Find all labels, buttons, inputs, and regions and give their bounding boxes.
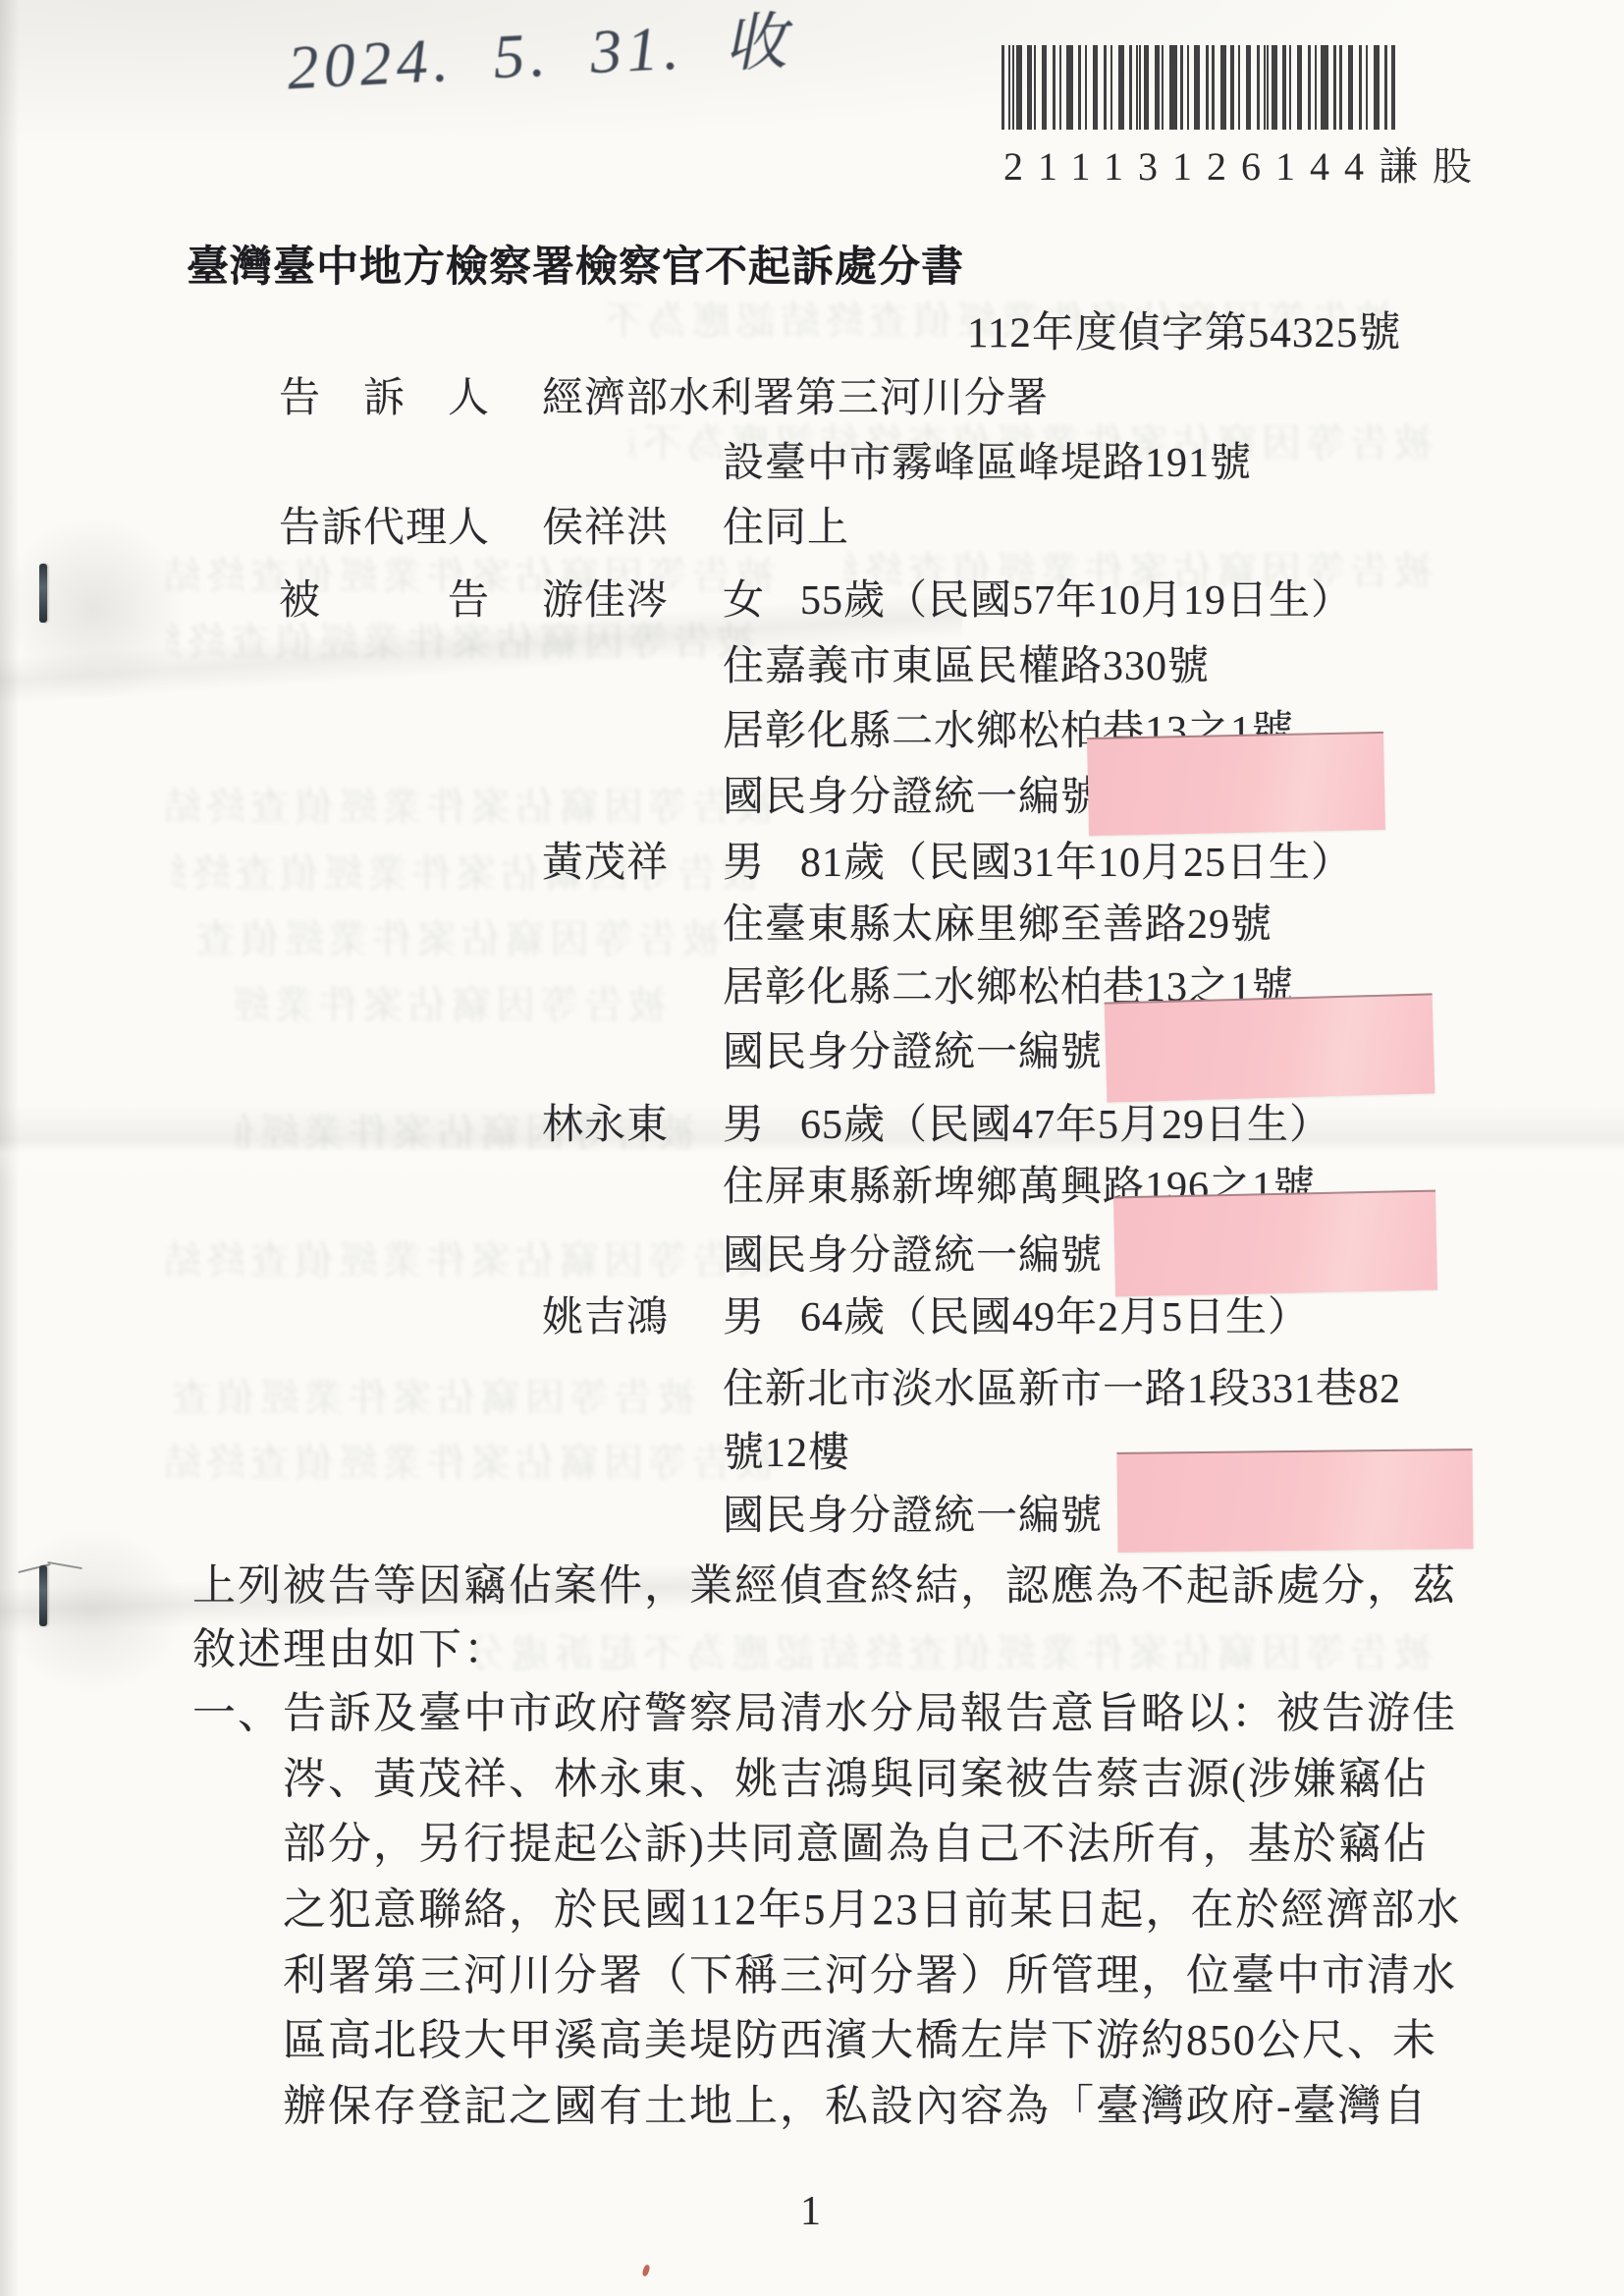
agent-residence: 住同上 (723, 495, 849, 554)
case-number: 112年度偵字第54325號 (967, 300, 1401, 359)
redaction-sticker-id-1 (1087, 732, 1385, 836)
bleed-through-text: 被告等因竊佔案件業經偵查終結認應為不起訴處分臺中市政府警察局清水分局報告意旨略以… (172, 843, 761, 894)
body-intro-line-2: 敘述理由如下： (192, 1613, 509, 1676)
defendant-2-gender: 男 (723, 830, 765, 889)
redaction-sticker-id-4 (1116, 1449, 1473, 1553)
defendant-3-id-label: 國民身分證統一編號 (723, 1223, 1103, 1282)
agent-role: 告訴代理人 (279, 495, 490, 554)
bleed-through-text: 被告等因竊佔案件業經偵查終結認應為不起訴處分臺中市政府警察局清水分局報告意旨略以… (471, 1622, 1434, 1673)
body-paragraph-line: 利署第三河川分署（下稱三河分署）所管理，位臺中市清水 (283, 1940, 1457, 2002)
bleed-through-text: 被告等因竊佔案件業經偵查終結認應為不起訴處分臺中市政府警察局清水分局報告意旨略以… (167, 1367, 697, 1418)
defendant-2-name: 黃茂祥 (542, 830, 669, 889)
barcode (1001, 45, 1396, 130)
body-paragraph-line: 辦保存登記之國有土地上，私設內容為「臺灣政府-臺灣自 (283, 2070, 1429, 2133)
staple-mark (39, 564, 47, 623)
body-intro-line-1: 上列被告等因竊佔案件，業經偵查終結，認應為不起訴處分，茲 (192, 1550, 1457, 1613)
staple-crease-halo (0, 516, 187, 702)
bleed-through-text: 被告等因竊佔案件業經偵查終結認應為不起訴處分臺中市政府警察局清水分局報告意旨略以… (236, 974, 668, 1025)
defendant-2-age: 81歲（民國31年10月25日生） (800, 830, 1353, 889)
staple-scratch (47, 1561, 82, 1569)
defendant-3-name: 林永東 (542, 1092, 669, 1151)
defendant-3-age: 65歲（民國47年5月29日生） (800, 1092, 1331, 1151)
defendant-2-address: 住臺東縣太麻里鄉至善路29號 (723, 892, 1272, 951)
agent-name: 侯祥洪 (542, 495, 669, 554)
body-paragraph-line: 涔、黃茂祥、林永東、姚吉鴻與同案被告蔡吉源(涉嫌竊佔 (283, 1743, 1429, 1806)
defendant-4-address-line1: 住新北市淡水區新市一路1段331巷82 (723, 1356, 1401, 1415)
body-paragraph-line: 區高北段大甲溪高美堤防西濱大橋左岸下游約850公尺、未 (283, 2004, 1437, 2067)
scan-shadow-left-edge (0, 0, 20, 2296)
ink-speck (641, 2264, 650, 2276)
defendant-4-id-label: 國民身分證統一編號 (723, 1483, 1103, 1542)
defendant-4-gender: 男 (723, 1285, 765, 1343)
defendant-4-name: 姚吉鴻 (542, 1285, 669, 1343)
defendant-2-id-label: 國民身分證統一編號 (723, 1019, 1103, 1078)
bleed-through-text: 被告等因竊佔案件業經偵查終結認應為不起訴處分臺中市政府警察局清水分局報告意旨略以… (167, 1230, 776, 1281)
received-date-handwriting: 2024. 5. 31. 收 (285, 0, 793, 107)
defendant-1-gender: 女 (723, 568, 765, 627)
body-paragraph-line: 之犯意聯絡，於民國112年5月23日前某日起，在於經濟部水 (283, 1874, 1461, 1937)
defendant-1-name: 游佳涔 (542, 568, 669, 627)
page-number: 1 (800, 2188, 822, 2235)
redaction-sticker-id-3 (1113, 1190, 1437, 1297)
defendant-1-id-label: 國民身分證統一編號 (723, 764, 1103, 823)
defendant-3-gender: 男 (723, 1092, 765, 1151)
bleed-through-text: 被告等因竊佔案件業經偵查終結認應為不起訴處分臺中市政府警察局清水分局報告意旨略以… (167, 776, 776, 827)
barcode-label: 21113126144謙股 (1003, 136, 1487, 191)
document-title: 臺灣臺中地方檢察署檢察官不起訴處分書 (187, 234, 964, 294)
defendant-4-address-line2: 號12樓 (723, 1420, 850, 1479)
bleed-through-text: 被告等因竊佔案件業經偵查終結認應為不起訴處分臺中市政府警察局清水分局報告意旨略以… (167, 1432, 776, 1483)
defendant-1-address: 住嘉義市東區民權路330號 (723, 633, 1210, 692)
complainant-role: 告 訴 人 (279, 365, 490, 424)
staple-mark (39, 1565, 47, 1626)
defendant-label: 被 告 (279, 568, 490, 627)
bleed-through-text: 被告等因竊佔案件業經偵查終結認應為不起訴處分臺中市政府警察局清水分局報告意旨略以… (191, 908, 722, 959)
defendant-1-age: 55歲（民國57年10月19日生） (800, 568, 1353, 627)
body-paragraph-line: 一、告訴及臺中市政府警察局清水分局報告意旨略以：被告游佳 (192, 1677, 1457, 1740)
staple-crease-halo (0, 1527, 187, 1694)
complainant-name: 經濟部水利署第三河川分署 (542, 365, 1049, 424)
redaction-sticker-id-2 (1105, 993, 1435, 1102)
scanned-document-page: 被告等因竊佔案件業經偵查終結認應為不起訴處分臺中市政府警察局清水分局報告意旨略以… (0, 0, 1624, 2296)
complainant-address: 設臺中市霧峰區峰堤路191號 (723, 430, 1252, 489)
body-paragraph-line: 部分，另行提起公訴)共同意圖為自己不法所有，基於竊佔 (283, 1808, 1429, 1871)
